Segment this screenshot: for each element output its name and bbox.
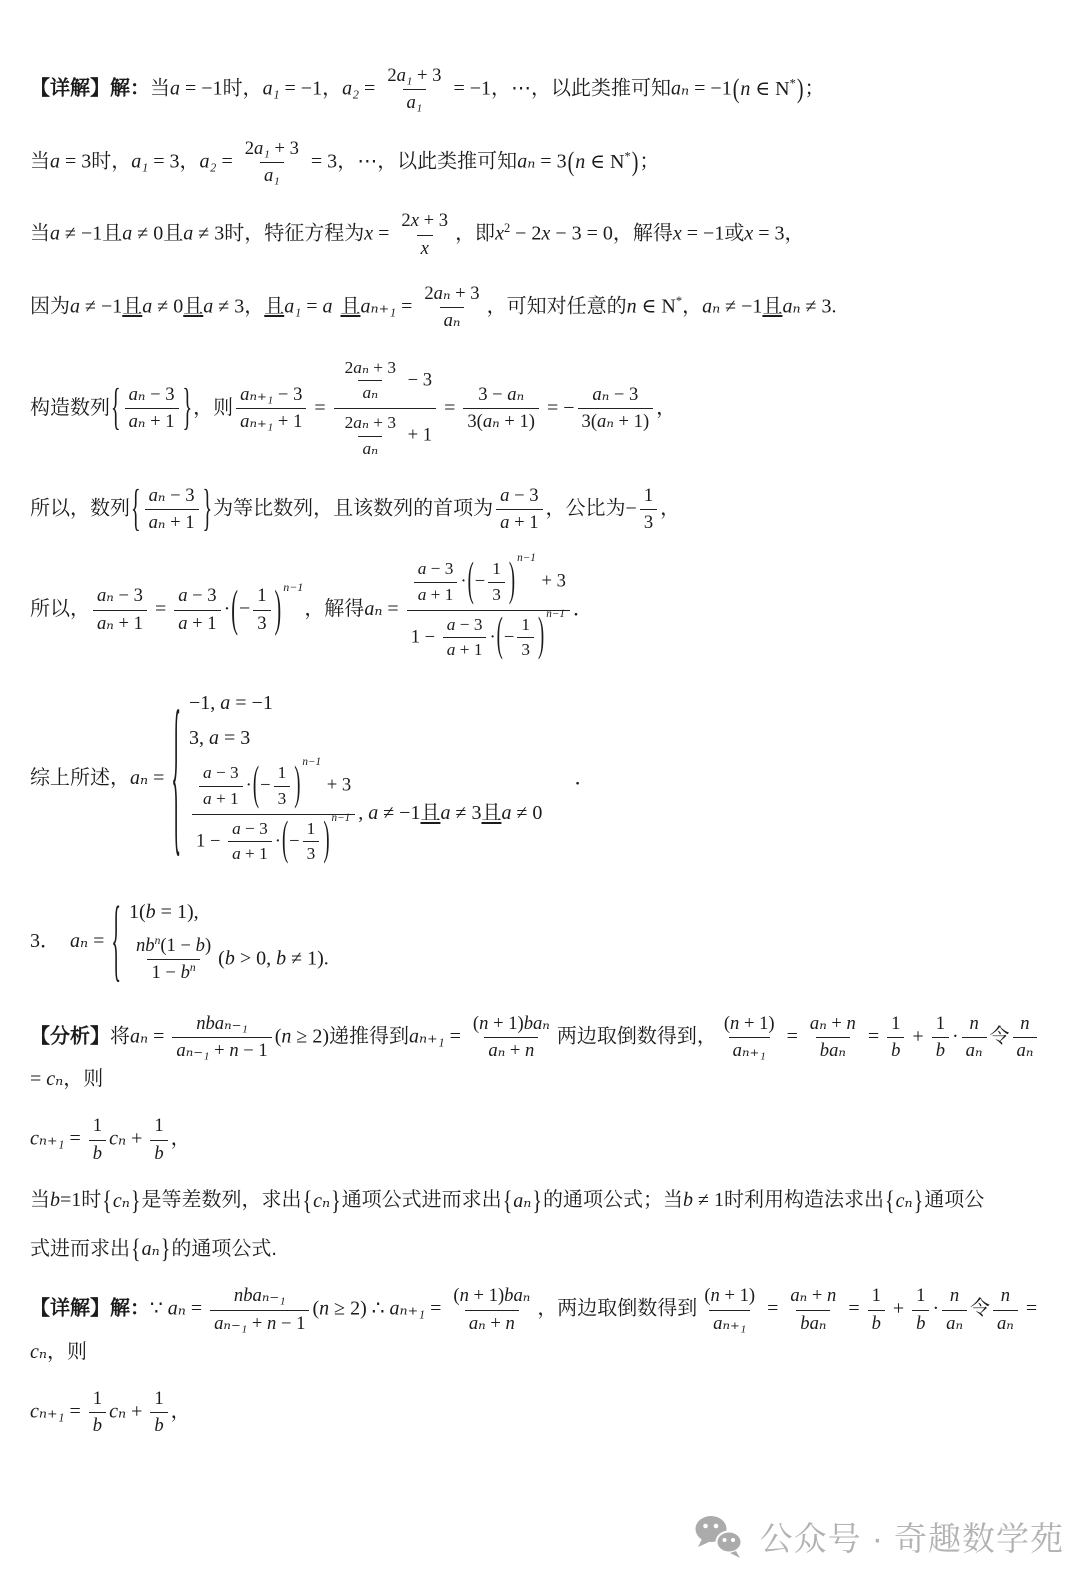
fraction: 2x + 3x bbox=[397, 209, 452, 260]
problem-3-answer-paragraph: 3．aₙ = {1(b = 1),nbn(1 − b)1 − bn(b > 0,… bbox=[30, 892, 1054, 992]
math-literal: − 2 bbox=[510, 223, 541, 245]
denominator: 3 bbox=[488, 582, 505, 606]
group-content: −13 bbox=[238, 582, 275, 637]
math-literal: = bbox=[148, 767, 169, 789]
math-literal: + bbox=[486, 1313, 506, 1334]
math-literal: − bbox=[239, 598, 250, 620]
math-variable: aₙ bbox=[70, 930, 88, 952]
numerator: 1 bbox=[89, 1114, 106, 1139]
fraction: 13 bbox=[488, 558, 505, 606]
math-variable: a bbox=[368, 802, 378, 824]
math-literal: = bbox=[396, 295, 417, 317]
math-literal: ≠ −1 bbox=[80, 295, 122, 317]
denominator: 3 bbox=[517, 637, 534, 661]
cases-block: {1(b = 1),nbn(1 − b)1 − bn(b > 0, b ≠ 1)… bbox=[111, 892, 328, 992]
math-literal: = bbox=[301, 295, 322, 317]
numerator: n bbox=[965, 1012, 982, 1037]
math-literal: ≠ 3 bbox=[450, 802, 481, 824]
fraction: 13 bbox=[253, 584, 270, 635]
math-variable: cₙ bbox=[109, 1128, 126, 1150]
fence-group: {aₙ − 3aₙ + 1} bbox=[131, 482, 212, 537]
math-variable: aₙ₋₁ bbox=[176, 1040, 209, 1061]
math-variable: a bbox=[322, 295, 332, 317]
denominator: aₙ bbox=[993, 1310, 1018, 1335]
underlined-run: 且 bbox=[762, 295, 782, 317]
denominator: aₙ bbox=[1013, 1037, 1038, 1062]
math-variable: a bbox=[440, 802, 450, 824]
close-fence: } bbox=[183, 380, 193, 436]
conclusion-cases-paragraph: 综上所述，aₙ = {−1, a = −13, a = 3a − 3a + 1·… bbox=[30, 683, 1054, 874]
math-variable: b bbox=[936, 1040, 945, 1061]
math-variable: n bbox=[460, 1285, 469, 1306]
numerator: 2aₙ + 3 bbox=[420, 282, 483, 307]
math-literal: − 3 bbox=[188, 585, 217, 606]
fraction: nbaₙ₋₁aₙ₋₁ + n − 1 bbox=[210, 1284, 309, 1335]
math-literal: − 1 bbox=[276, 1313, 305, 1334]
close-fence: } bbox=[203, 481, 213, 537]
denominator: a + 1 bbox=[174, 610, 220, 635]
solution-paragraph-3: 当a ≠ −1且a ≠ 0且a ≠ 3时，特征方程为x = 2x + 3x，即x… bbox=[30, 207, 1054, 262]
math-literal: = bbox=[309, 396, 330, 418]
math-literal: − 3 bbox=[509, 485, 538, 506]
numerator: 2aₙ + 3 bbox=[341, 412, 400, 436]
math-literal: ≠ 0 bbox=[132, 223, 163, 245]
math-literal: 3 bbox=[257, 613, 266, 634]
math-literal: · bbox=[460, 571, 466, 592]
fraction: aₙ₊₁ − 3aₙ₊₁ + 1 bbox=[236, 383, 306, 434]
fraction: 1b bbox=[912, 1284, 929, 1335]
math-variable: aₙ bbox=[790, 1285, 807, 1306]
fraction: 2aₙ + 3aₙ − 32aₙ + 3aₙ + 1 bbox=[334, 355, 436, 462]
text-run: 且 bbox=[102, 223, 122, 245]
close-fence: ) bbox=[797, 74, 804, 105]
text-run: 所以， bbox=[30, 598, 90, 620]
math-literal: ≠ 3 bbox=[213, 295, 244, 317]
math-variable: aₙ bbox=[507, 384, 524, 405]
numerator: 2a₁ + 3 bbox=[241, 137, 303, 162]
numerator: 1 bbox=[887, 1012, 904, 1037]
math-literal: 3( bbox=[467, 411, 483, 432]
numerator: a − 3a + 1·(−13)n−1 + 3 bbox=[192, 760, 355, 814]
math-literal: = bbox=[88, 930, 109, 952]
denominator: a + 1 bbox=[199, 786, 243, 810]
math-literal: − bbox=[289, 830, 300, 851]
text-run: 为等比数列，且该数列的首项为 bbox=[213, 497, 493, 519]
solution-paragraph-1: 【详解】解：当a = −1时，a₁ = −1，a₂ = 2a₁ + 3a₁ = … bbox=[30, 62, 1054, 117]
text-run: 的通项公式. bbox=[171, 1238, 277, 1260]
math-literal: 2 bbox=[387, 65, 396, 86]
analysis-discussion-paragraph-1: 当b=1时{cₙ}是等差数列，求出{cₙ}通项公式进而求出{aₙ}的通项公式；当… bbox=[30, 1185, 1054, 1216]
close-fence: } bbox=[131, 1185, 141, 1216]
math-variable: n bbox=[267, 1313, 276, 1334]
math-literal: 2 bbox=[345, 358, 354, 377]
text-run: ，则 bbox=[63, 1068, 103, 1090]
text-run: 时 bbox=[81, 1189, 101, 1211]
denominator: a + 1 bbox=[228, 841, 272, 865]
math-variable: a₁ bbox=[284, 295, 301, 317]
math-literal: + 1) bbox=[614, 411, 649, 432]
math-variable: aₙ bbox=[353, 413, 369, 432]
text-run: ， bbox=[244, 295, 264, 317]
math-literal: =1 bbox=[60, 1189, 81, 1211]
text-run: 两边取倒数得到， bbox=[557, 1025, 717, 1047]
math-literal: −1, bbox=[189, 692, 220, 714]
math-literal: + bbox=[247, 1313, 267, 1334]
math-variable: n bbox=[229, 1040, 238, 1061]
math-literal: ≠ 3 bbox=[193, 223, 224, 245]
math-literal: 3 bbox=[307, 844, 316, 863]
underlined-run: 且 bbox=[183, 295, 203, 317]
math-variable: a₁ bbox=[254, 138, 270, 159]
text-run: 令 bbox=[990, 1025, 1010, 1047]
denominator: 3(aₙ + 1) bbox=[578, 408, 654, 433]
math-variable: a₁ bbox=[407, 92, 423, 113]
math-variable: n bbox=[740, 78, 750, 100]
denominator: a₁ bbox=[403, 89, 427, 114]
denominator: baₙ bbox=[796, 1310, 830, 1335]
math-literal: + 1 bbox=[114, 613, 143, 634]
group-content: −13 bbox=[474, 556, 509, 608]
math-literal: + 1 bbox=[241, 844, 268, 863]
numerator: aₙ + n bbox=[806, 1012, 860, 1037]
underlined-run: 且 bbox=[420, 802, 440, 824]
math-literal: − 3 bbox=[273, 384, 302, 405]
math-literal: ≠ −1 bbox=[378, 802, 420, 824]
math-variable: n bbox=[319, 1298, 329, 1320]
math-variable: aₙ₊₁ bbox=[240, 411, 273, 432]
close-fence: ) bbox=[509, 556, 515, 609]
math-variable: a bbox=[203, 763, 212, 782]
math-literal: 1 bbox=[872, 1285, 881, 1306]
label-run: 【详解】解： bbox=[30, 78, 150, 100]
text-run: ，两边取倒数得到 bbox=[537, 1298, 697, 1320]
fraction: aₙ − 3aₙ + 1 bbox=[145, 484, 199, 535]
math-literal: − bbox=[260, 775, 271, 796]
text-run: 是等差数列，求出 bbox=[141, 1189, 301, 1211]
fraction: 1b bbox=[868, 1284, 885, 1335]
math-variable: x bbox=[495, 223, 504, 245]
math-literal: + bbox=[126, 1401, 147, 1423]
math-literal: − 3 bbox=[455, 615, 482, 634]
math-literal: 1 bbox=[93, 1388, 102, 1409]
watermark-label: 公众号 · 奇趣数学苑 bbox=[760, 1513, 1064, 1560]
math-variable: n bbox=[627, 295, 637, 317]
text-run: ，解得 bbox=[613, 223, 673, 245]
math-literal: − bbox=[626, 497, 637, 519]
text-run: ，可知对任意的 bbox=[487, 295, 627, 317]
math-literal: ≠ −1 bbox=[60, 223, 102, 245]
superscript: * bbox=[790, 77, 796, 91]
superscript: n bbox=[190, 962, 196, 974]
math-variable: x bbox=[673, 223, 682, 245]
math-literal: = −1 bbox=[682, 223, 725, 245]
math-variable: cₙ bbox=[30, 1341, 47, 1363]
math-literal: ≠ 0 bbox=[511, 802, 542, 824]
math-variable: aₙ₊₁ bbox=[409, 1025, 445, 1047]
math-literal: ∵ bbox=[150, 1298, 168, 1320]
text-run: 通项公 bbox=[924, 1189, 984, 1211]
math-literal: + bbox=[126, 1128, 147, 1150]
math-literal: + 3 bbox=[537, 571, 566, 592]
fraction: nbn(1 − b)1 − bn bbox=[132, 934, 215, 985]
math-literal: + 1 bbox=[212, 789, 239, 808]
math-variable: b bbox=[93, 1143, 102, 1164]
fraction: naₙ bbox=[942, 1284, 967, 1335]
numerator: 2aₙ + 3aₙ − 3 bbox=[334, 355, 436, 409]
math-literal: + 3 bbox=[322, 775, 351, 796]
math-literal: = 3 bbox=[535, 150, 566, 172]
denominator: b bbox=[868, 1310, 885, 1335]
math-variable: aₙ bbox=[1017, 1040, 1034, 1061]
numerator: a − 3 bbox=[199, 762, 243, 786]
text-run: 所以，数列 bbox=[30, 497, 130, 519]
math-literal: 2 bbox=[245, 138, 254, 159]
math-variable: aₙ bbox=[782, 295, 800, 317]
math-literal: · bbox=[275, 830, 281, 851]
math-literal: = 3 bbox=[60, 150, 91, 172]
underlined-run: 且 bbox=[340, 295, 360, 317]
numerator: 1 bbox=[517, 614, 534, 638]
close-fence: } bbox=[161, 1234, 171, 1265]
math-literal: ∈ N bbox=[637, 295, 676, 317]
text-run: ，则 bbox=[47, 1341, 87, 1363]
text-run: ， bbox=[180, 150, 200, 172]
math-variable: aₙ₊₁ bbox=[733, 1040, 766, 1061]
math-variable: a bbox=[232, 844, 241, 863]
case-row: 1(b = 1), bbox=[129, 897, 329, 927]
text-run: ， bbox=[171, 1401, 191, 1423]
math-literal: − bbox=[504, 626, 515, 647]
open-fence: ( bbox=[231, 582, 238, 638]
cases-block: {−1, a = −13, a = 3a − 3a + 1·(−13)n−1 +… bbox=[171, 683, 542, 874]
numerator: a − 3 bbox=[228, 818, 272, 842]
math-literal: ∈ N bbox=[585, 151, 624, 173]
math-variable: nb bbox=[136, 935, 155, 956]
fraction: a − 3a + 1·(−13)n−1 + 31 − a − 3a + 1·(−… bbox=[407, 556, 570, 663]
open-fence: ( bbox=[733, 74, 740, 105]
numerator: 1 bbox=[932, 1012, 949, 1037]
fence-group: (n ∈ N*) bbox=[733, 74, 804, 104]
cases-rows: 1(b = 1),nbn(1 − b)1 − bn(b > 0, b ≠ 1). bbox=[129, 892, 329, 992]
fraction: (n + 1)baₙaₙ + n bbox=[469, 1012, 554, 1063]
math-literal: 3 − bbox=[478, 384, 507, 405]
math-variable: cₙ₊₁ bbox=[30, 1128, 65, 1150]
text-run: ， bbox=[682, 295, 702, 317]
math-literal: − 3 bbox=[426, 559, 453, 578]
math-literal: = bbox=[150, 598, 171, 620]
open-fence: { bbox=[503, 1185, 513, 1216]
denominator: 3 bbox=[640, 509, 657, 534]
numerator: aₙ − 3 bbox=[145, 484, 199, 509]
math-literal: ≥ 2) bbox=[329, 1298, 367, 1320]
fraction: 1b bbox=[89, 1114, 106, 1165]
group-superscript: n−1 bbox=[283, 578, 303, 596]
fraction: nbaₙ₋₁aₙ₋₁ + n − 1 bbox=[172, 1012, 271, 1063]
math-literal: 1 − bbox=[151, 962, 180, 983]
math-variable: baₙ bbox=[800, 1313, 826, 1334]
text-run: 或 bbox=[724, 223, 744, 245]
group-content: n ∈ N* bbox=[739, 74, 796, 104]
open-fence: { bbox=[102, 1185, 112, 1216]
math-variable: aₙ bbox=[810, 1013, 827, 1034]
numerator: (n + 1) bbox=[700, 1284, 759, 1309]
math-literal: + bbox=[505, 1040, 525, 1061]
denominator: aₙ + 1 bbox=[145, 509, 199, 534]
text-run: 当 bbox=[30, 1189, 50, 1211]
math-literal: = 3 bbox=[219, 727, 250, 749]
wechat-icon bbox=[691, 1513, 747, 1559]
math-literal: + 1) bbox=[739, 1013, 774, 1034]
open-fence: ( bbox=[568, 147, 575, 178]
numerator: 1 bbox=[150, 1114, 167, 1139]
numerator: 1 bbox=[488, 558, 505, 582]
numerator: aₙ − 3 bbox=[93, 584, 147, 609]
math-variable: b bbox=[154, 1143, 163, 1164]
text-run: 通项公式进而求出 bbox=[342, 1189, 502, 1211]
math-literal: 1 bbox=[644, 485, 653, 506]
numerator: aₙ − 3 bbox=[125, 383, 179, 408]
denominator: aₙ bbox=[358, 436, 382, 460]
math-variable: a bbox=[142, 295, 152, 317]
math-variable: a bbox=[203, 789, 212, 808]
math-literal: 3, bbox=[189, 727, 209, 749]
math-variable: aₙ bbox=[130, 1025, 148, 1047]
denominator: a + 1 bbox=[443, 637, 487, 661]
math-variable: aₙ bbox=[129, 411, 146, 432]
numerator: a − 3 bbox=[174, 584, 220, 609]
group-superscript: n−1 bbox=[332, 812, 351, 825]
math-variable: n bbox=[969, 1013, 978, 1034]
fraction: aₙ + nbaₙ bbox=[806, 1012, 860, 1063]
cases-brace: { bbox=[111, 891, 121, 993]
math-variable: aₙ bbox=[149, 485, 166, 506]
math-literal: ⋯ bbox=[357, 150, 377, 172]
close-fence: } bbox=[914, 1185, 924, 1216]
math-literal: 1 bbox=[257, 585, 266, 606]
fraction: aₙ − 3aₙ + 1 bbox=[93, 584, 147, 635]
math-variable: a bbox=[178, 613, 187, 634]
open-fence: { bbox=[131, 1234, 141, 1265]
numerator: (n + 1)baₙ bbox=[469, 1012, 554, 1037]
fraction: 13 bbox=[517, 614, 534, 662]
denominator: 1 − bn bbox=[147, 959, 199, 984]
underlined-run: 且 bbox=[264, 295, 284, 317]
solution-paragraph-4: 因为a ≠ −1且a ≠ 0且a ≠ 3，且a₁ = a且aₙ₊₁ = 2aₙ … bbox=[30, 280, 1054, 335]
math-variable: x bbox=[411, 210, 419, 231]
math-variable: n bbox=[1001, 1285, 1010, 1306]
math-literal: · bbox=[224, 598, 231, 620]
math-literal: = bbox=[186, 1298, 207, 1320]
math-literal: ≠ 0 bbox=[152, 295, 183, 317]
denominator: aₙ₊₁ bbox=[729, 1037, 770, 1062]
math-literal: + 1 bbox=[403, 425, 432, 446]
numerator: a − 3 bbox=[414, 558, 458, 582]
math-variable: a₁ bbox=[397, 65, 413, 86]
case-row: −1, a = −1 bbox=[189, 688, 542, 718]
math-literal: + 1 bbox=[188, 613, 217, 634]
denominator: 2aₙ + 3aₙ + 1 bbox=[334, 408, 436, 462]
fence-group: {aₙ} bbox=[131, 1234, 170, 1264]
fraction: naₙ bbox=[993, 1284, 1018, 1335]
text-run: ， bbox=[337, 150, 357, 172]
case-row: a − 3a + 1·(−13)n−1 + 31 − a − 3a + 1·(−… bbox=[189, 758, 542, 869]
fraction: 3 − aₙ3(aₙ + 1) bbox=[463, 383, 539, 434]
math-literal: = bbox=[30, 1068, 46, 1090]
math-variable: aₙ₊₁ bbox=[713, 1313, 746, 1334]
math-variable: aₙ bbox=[353, 358, 369, 377]
denominator: b bbox=[150, 1412, 167, 1437]
math-literal: + 1) bbox=[469, 1285, 504, 1306]
math-variable: aₙ bbox=[434, 283, 451, 304]
numerator: a − 3 bbox=[496, 484, 542, 509]
denominator: aₙ bbox=[440, 307, 465, 332]
denominator: 3 bbox=[253, 610, 270, 635]
numerator: 2aₙ + 3 bbox=[341, 357, 400, 381]
fraction: a − 3a + 1 bbox=[199, 762, 243, 810]
fraction: (n + 1)baₙaₙ + n bbox=[449, 1284, 534, 1335]
fence-group: {cₙ} bbox=[885, 1186, 923, 1216]
math-literal: = 3 bbox=[753, 223, 784, 245]
math-variable: n bbox=[950, 1285, 959, 1306]
text-run: 时，特征方程为 bbox=[224, 223, 364, 245]
solution-paragraph-6: 所以，数列{aₙ − 3aₙ + 1}为等比数列，且该数列的首项为a − 3a … bbox=[30, 482, 1054, 537]
text-run: 时， bbox=[91, 150, 131, 172]
text-run: 令 bbox=[970, 1298, 990, 1320]
math-literal: , bbox=[358, 802, 368, 824]
denominator: aₙ₋₁ + n − 1 bbox=[172, 1037, 271, 1062]
math-literal: + 1 bbox=[509, 512, 538, 533]
underlined-run: 且 bbox=[481, 802, 501, 824]
fraction: (n + 1)aₙ₊₁ bbox=[700, 1284, 759, 1335]
math-literal: ∈ N bbox=[750, 78, 789, 100]
fraction: a − 3a + 1 bbox=[228, 818, 272, 866]
math-literal: = −1 bbox=[180, 78, 223, 100]
math-variable: x bbox=[744, 223, 753, 245]
math-variable: baₙ bbox=[504, 1285, 530, 1306]
math-variable: b bbox=[225, 948, 235, 970]
math-literal: + bbox=[888, 1298, 909, 1320]
fraction: aₙ + nbaₙ bbox=[786, 1284, 840, 1335]
text-run: ，以此类推可知 bbox=[377, 150, 517, 172]
denominator: aₙ + n bbox=[465, 1310, 519, 1335]
solution-paragraph-2: 当a = 3时，a₁ = 3，a₂ = 2a₁ + 3a₁ = 3，⋯，以此类推… bbox=[30, 135, 1054, 190]
math-variable: n bbox=[711, 1285, 720, 1306]
math-variable: aₙ bbox=[168, 1298, 186, 1320]
math-variable: n bbox=[1020, 1013, 1029, 1034]
math-literal: 1 bbox=[307, 819, 316, 838]
math-variable: aₙ bbox=[483, 411, 500, 432]
underlined-run: 且 bbox=[122, 295, 142, 317]
fraction: 1b bbox=[89, 1387, 106, 1438]
math-literal: 2 bbox=[401, 210, 410, 231]
numerator: 1 bbox=[89, 1387, 106, 1412]
math-variable: aₙ₊₁ bbox=[360, 295, 396, 317]
math-variable: a₂ bbox=[342, 78, 359, 100]
math-literal: > 0, bbox=[235, 948, 276, 970]
math-literal: + 1) bbox=[720, 1285, 755, 1306]
denominator: aₙ₊₁ + 1 bbox=[236, 408, 306, 433]
denominator: aₙ bbox=[358, 380, 382, 404]
text-run: ，公比为 bbox=[546, 497, 626, 519]
fraction: a − 3a + 1 bbox=[414, 558, 458, 606]
math-variable: aₙ bbox=[997, 1313, 1014, 1334]
math-variable: aₙ bbox=[97, 585, 114, 606]
numerator: 2x + 3 bbox=[397, 209, 452, 234]
fraction: aₙ − 33(aₙ + 1) bbox=[578, 383, 654, 434]
math-literal: = bbox=[216, 150, 237, 172]
close-fence: ) bbox=[294, 760, 300, 813]
numerator: aₙ + n bbox=[786, 1284, 840, 1309]
